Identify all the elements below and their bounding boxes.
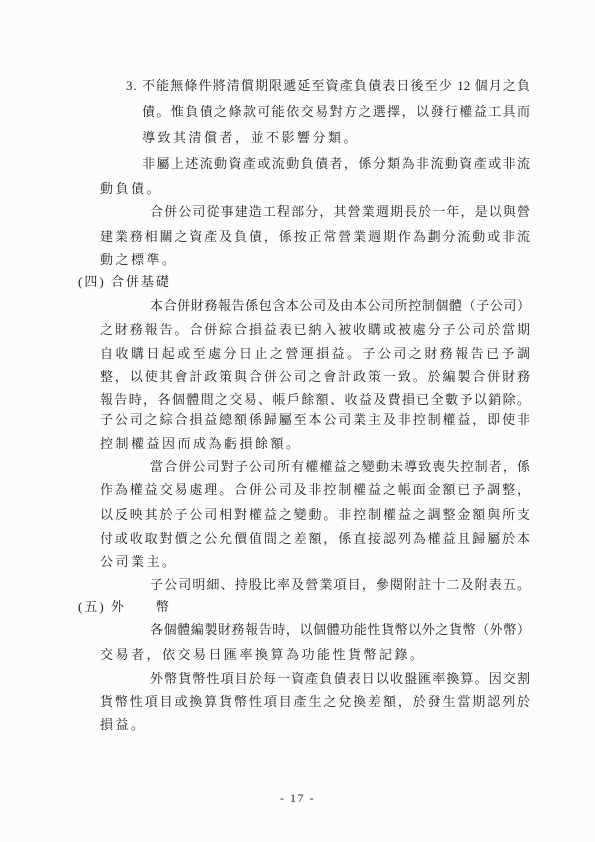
text-line: 導致其清償者，並不影響分類。 — [142, 128, 359, 148]
text-line: 交易者，依交易日匯率換算為功能性貨幣記錄。 — [100, 645, 426, 665]
text-line: 自收購日起或至處分日止之營運損益。子公司之財務報告已予調 — [100, 344, 530, 364]
text-line: 報告時，各個體間之交易、帳戶餘額、收益及費損已全數予以銷除。 — [100, 390, 530, 410]
page-number: - 17 - — [0, 791, 595, 806]
text-line: 貨幣性項目或換算貨幣性項目產生之兌換差額，於發生當期認列於 — [100, 692, 530, 712]
text-line: 付或收取對價之公允價值間之差額，係直接認列為權益且歸屬於本 — [100, 529, 530, 549]
text-line: 合併公司從事建造工程部分，其營業週期長於一年，是以與營 — [150, 202, 530, 222]
text-line: 公司業主。 — [100, 552, 178, 572]
text-line: 各個體編製財務報告時，以個體功能性貨幣以外之貨幣（外幣） — [150, 620, 530, 640]
section-heading-4: (四) 合併基礎 — [78, 272, 171, 292]
text-line: 之財務報告。合併綜合損益表已納入被收購或被處分子公司於當期 — [100, 320, 530, 340]
text-line: 以反映其於子公司相對權益之變動。非控制權益之調整金額與所支 — [100, 505, 530, 525]
text-line: 不能無條件將清償期限遞延至資產負債表日後至少 12 個月之負 — [142, 76, 530, 96]
text-line: 非屬上述流動資產或流動負債者，係分類為非流動資產或非流 — [142, 154, 530, 174]
text-line: 子公司之綜合損益總額係歸屬至本公司業主及非控制權益，即使非 — [100, 410, 530, 430]
text-line: 整，以使其會計政策與合併公司之會計政策一致。於編製合併財務 — [100, 367, 530, 387]
text-line: 損益。 — [100, 715, 147, 735]
list-item-number: 3. — [126, 76, 138, 95]
document-page: 3. 不能無條件將清償期限遞延至資產負債表日後至少 12 個月之負 債。惟負債之… — [0, 0, 595, 842]
text-line: 當合併公司對子公司所有權權益之變動未導致喪失控制者，係 — [150, 457, 530, 477]
text-line: 動之標準。 — [100, 250, 178, 270]
text-line: 建業務相關之資產及負債，係按正常營業週期作為劃分流動或非流 — [100, 227, 530, 247]
text-line: 債。惟負債之條款可能依交易對方之選擇，以發行權益工具而 — [142, 102, 530, 122]
section-heading-5: (五) 外 幣 — [78, 597, 171, 617]
text-line: 動負債。 — [100, 179, 162, 199]
text-line: 作為權益交易處理。合併公司及非控制權益之帳面金額已予調整， — [100, 480, 530, 500]
text-line: 外幣貨幣性項目於每一資產負債表日以收盤匯率換算。因交割 — [150, 669, 530, 689]
text-line: 子公司明細、持股比率及營業項目，參閱附註十二及附表五。 — [150, 575, 530, 595]
text-line: 控制權益因而成為虧損餘額。 — [100, 434, 302, 454]
text-line: 本合併財務報告係包含本公司及由本公司所控制個體（子公司） — [150, 296, 530, 316]
